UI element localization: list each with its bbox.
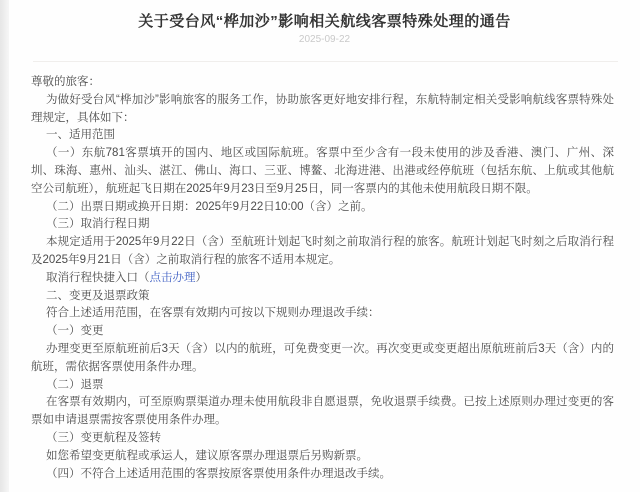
other-tickets-clause: （四）不符合上述适用范围的客票按原客票使用条件办理退改手续。	[31, 466, 614, 484]
clause-cancel-date-heading: （三）取消行程日期	[31, 216, 614, 234]
notice-page: 关于受台风“桦加沙”影响相关航线客票特殊处理的通告 2025-09-22 尊敬的…	[9, 0, 640, 492]
cancel-rule-paragraph: 本规定适用于2025年9月22日（含）至航班计划起飞时刻之前取消行程的旅客。航班…	[31, 234, 614, 270]
rules-intro-paragraph: 符合上述适用范围，在客票有效期内可按以下规则办理退改手续：	[31, 305, 614, 323]
section-scope-heading: 一、适用范围	[31, 127, 614, 145]
salutation: 尊敬的旅客：	[31, 74, 614, 92]
cancel-entry-paragraph: 取消行程快捷入口（点击办理）	[31, 270, 614, 288]
refund-rule-paragraph: 在客票有效期内，可至原购票渠道办理未使用航段非自愿退票，免收退票手续费。已按上述…	[31, 394, 614, 430]
title-divider	[33, 61, 618, 62]
reroute-heading: （三）变更航程及签转	[31, 430, 614, 448]
clause-ticketing-date: （二）出票日期或换开日期：2025年9月22日10:00（含）之前。	[31, 199, 614, 217]
change-rule-paragraph: 办理变更至原航班前后3天（含）以内的航班，可免费变更一次。再次变更或变更超出原航…	[31, 341, 614, 377]
page-title: 关于受台风“桦加沙”影响相关航线客票特殊处理的通告	[37, 12, 612, 31]
cancel-quick-link[interactable]: 点击办理	[150, 272, 196, 284]
notice-body: 尊敬的旅客： 为做好受台风“桦加沙”影响旅客的服务工作，协助旅客更好地安排行程，…	[31, 74, 614, 483]
reroute-advice-paragraph: 如您希望变更航程或承运人，建议原客票办理退票后另购新票。	[31, 448, 614, 466]
clause-applicable-flights: （一）东航781客票填开的国内、地区或国际航班。客票中至少含有一段未使用的涉及香…	[31, 145, 614, 198]
intro-paragraph: 为做好受台风“桦加沙”影响旅客的服务工作，协助旅客更好地安排行程，东航特制定相关…	[31, 92, 614, 128]
publish-date: 2025-09-22	[9, 34, 640, 46]
cancel-entry-suffix: ）	[196, 272, 208, 284]
change-heading: （一）变更	[31, 323, 614, 341]
refund-heading: （二）退票	[31, 377, 614, 395]
page-left-edge	[0, 0, 9, 492]
cancel-entry-prefix: 取消行程快捷入口（	[46, 272, 150, 284]
section-policy-heading: 二、变更及退票政策	[31, 288, 614, 306]
